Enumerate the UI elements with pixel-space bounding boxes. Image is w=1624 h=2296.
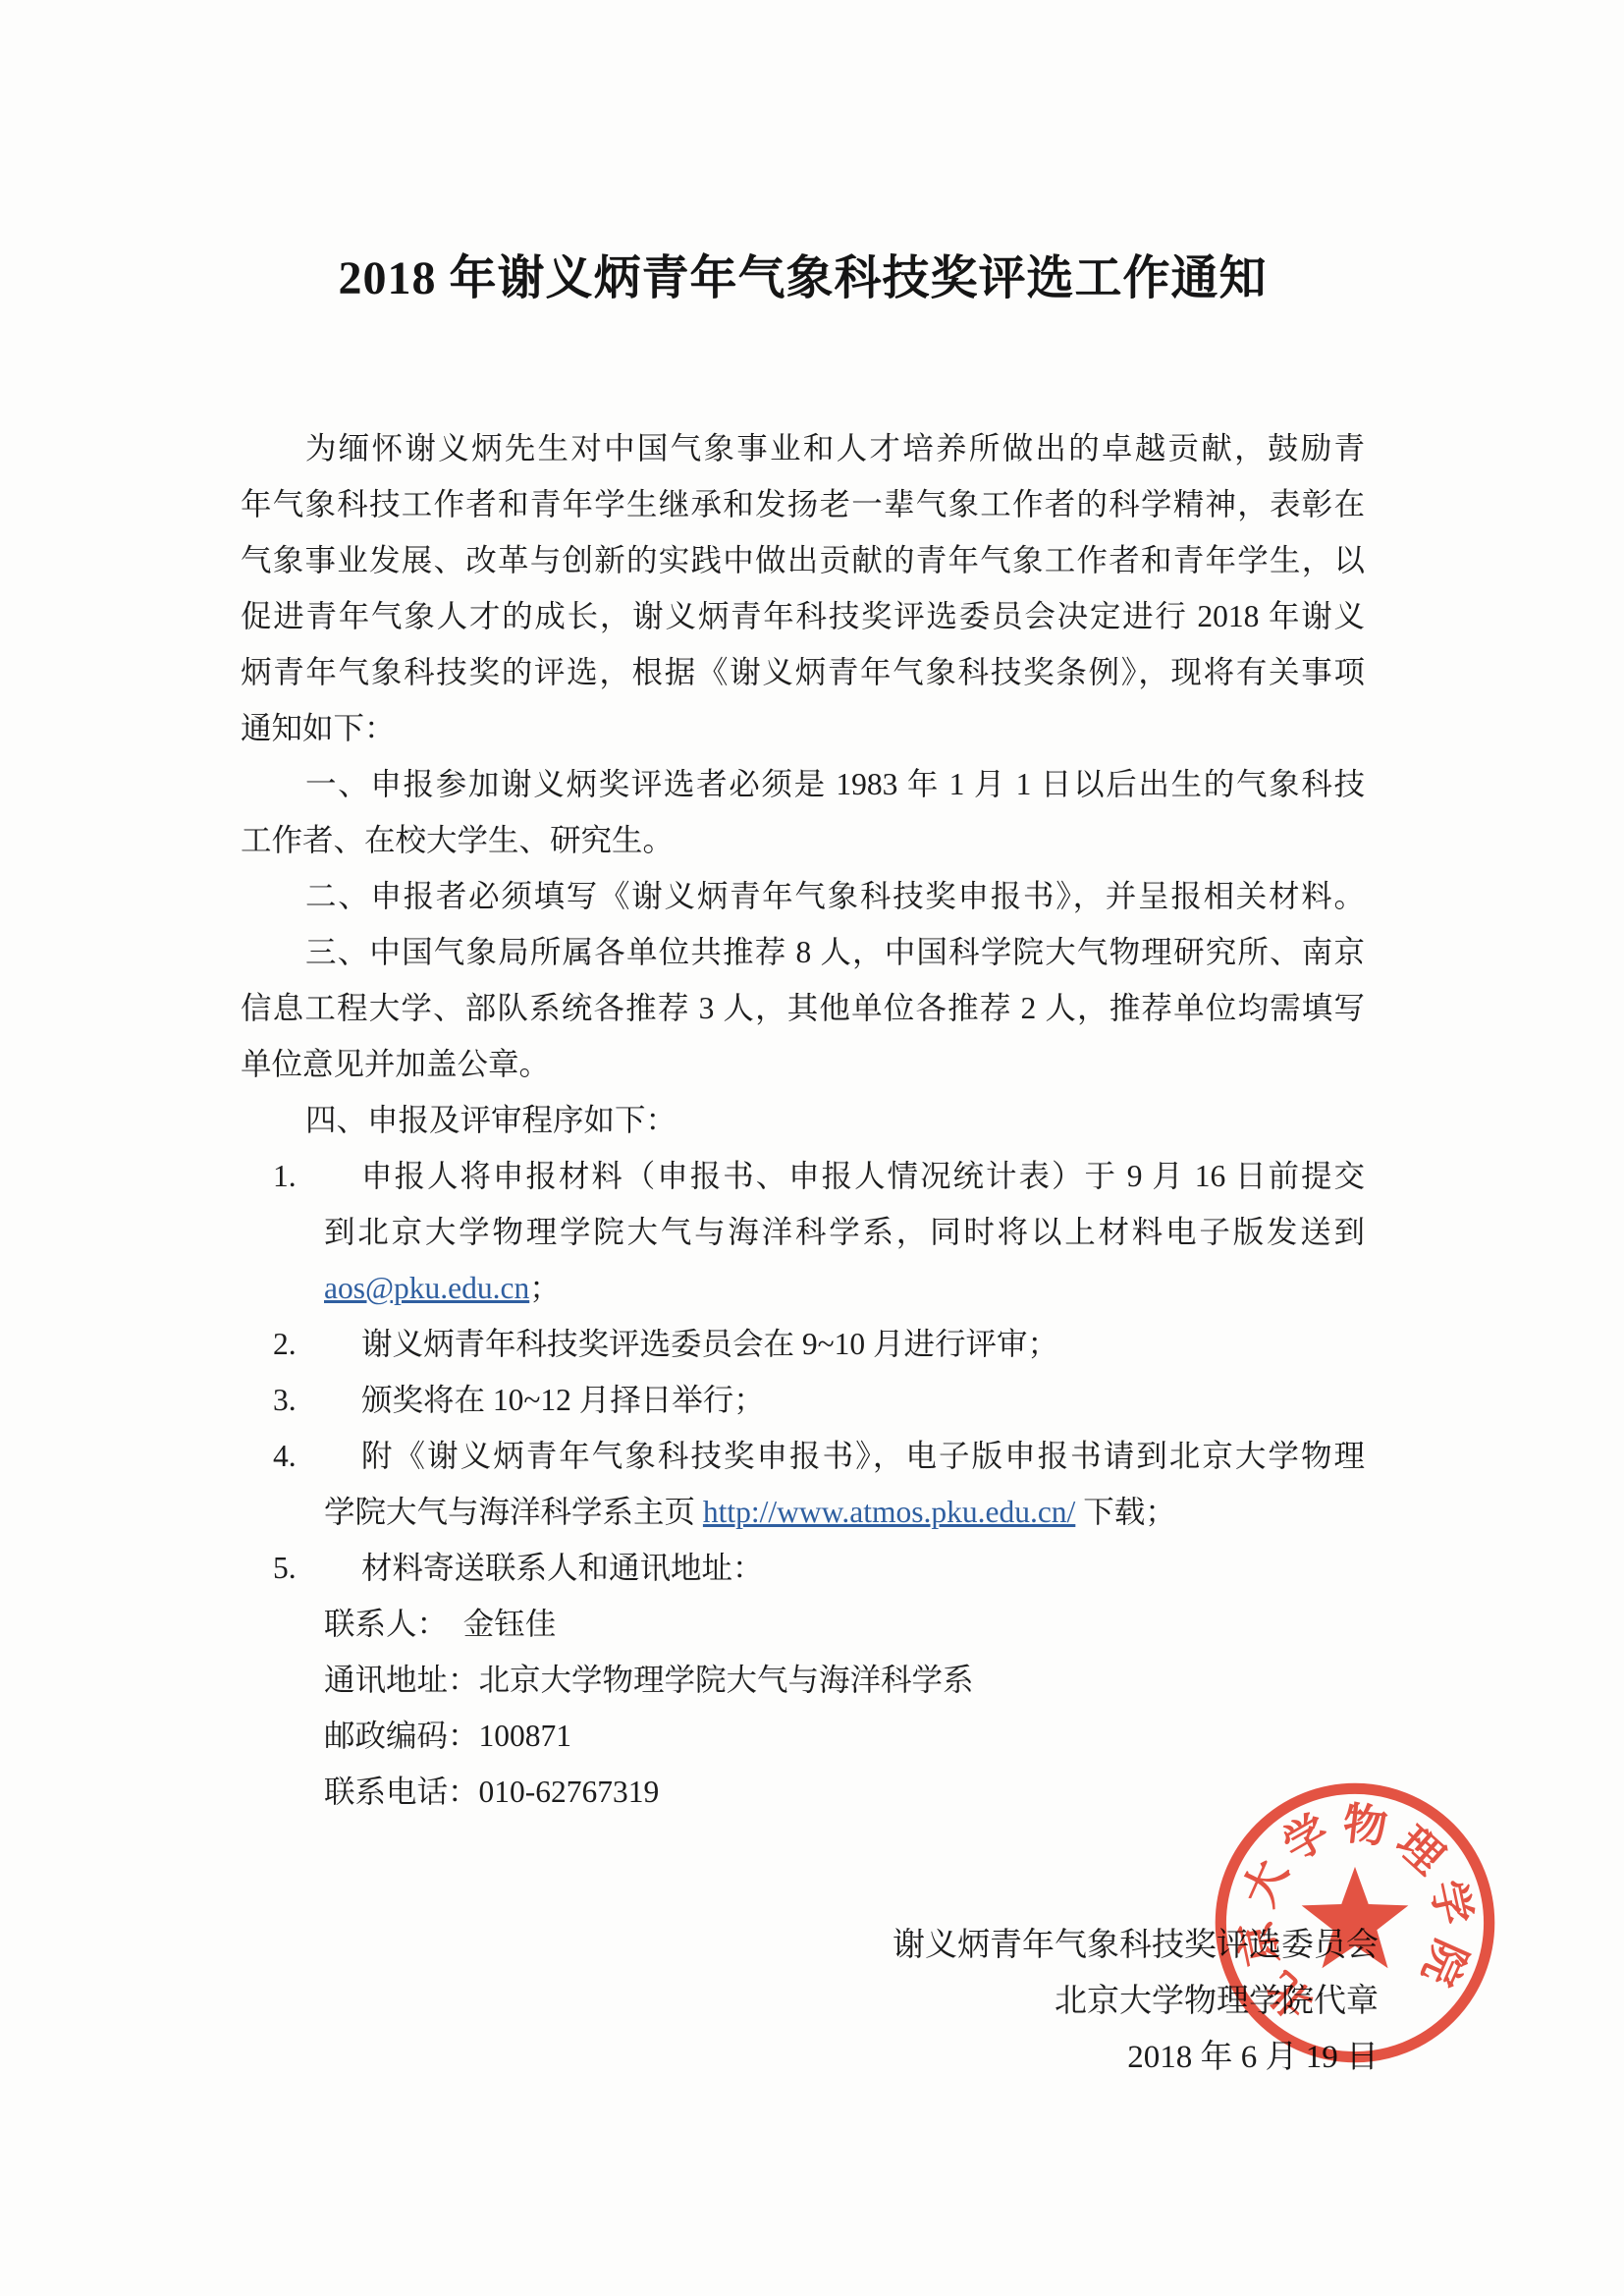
contact-person: 联系人： 金钰佳 (324, 1596, 1365, 1652)
procedure-item-1: 1. 申报人将申报材料（申报书、申报人情况统计表）于 9 月 16 日前提交 到… (241, 1148, 1365, 1316)
clause-1-line: 一、申报参加谢义炳奖评选者必须是 1983 年 1 月 1 日以后出生的气象科技 (241, 756, 1365, 812)
scanned-notice-document: 2018 年谢义炳青年气象科技奖评选工作通知 为缅怀谢义炳先生对中国气象事业和人… (0, 0, 1624, 2296)
item-number: 5. (273, 1540, 297, 1596)
contact-postcode: 邮政编码：100871 (324, 1708, 1365, 1764)
link-lead-text: 学院大气与海洋科学系主页 (324, 1495, 703, 1529)
item-5-line: 材料寄送联系人和通讯地址： (324, 1540, 1365, 1596)
clause-1-line: 工作者、在校大学生、研究生。 (241, 812, 1365, 868)
clause-4-line: 四、申报及评审程序如下： (241, 1092, 1365, 1148)
contact-address: 通讯地址：北京大学物理学院大气与海洋科学系 (324, 1652, 1365, 1708)
intro-line: 通知如下： (241, 700, 1365, 756)
intro-line: 气象事业发展、改革与创新的实践中做出贡献的青年气象工作者和青年学生，以 (241, 532, 1365, 588)
item-1-line: 到北京大学物理学院大气与海洋科学系，同时将以上材料电子版发送到 (324, 1204, 1365, 1260)
procedure-item-5: 5. 材料寄送联系人和通讯地址： (241, 1540, 1365, 1596)
clause-3-line: 三、中国气象局所属各单位共推荐 8 人，中国科学院大气物理研究所、南京 (241, 924, 1365, 980)
seal-char: 学 (1422, 1876, 1480, 1930)
item-number: 1. (273, 1148, 297, 1204)
seal-char: 京 (1230, 1917, 1288, 1970)
document-body: 为缅怀谢义炳先生对中国气象事业和人才培养所做出的卓越贡献，鼓励青 年气象科技工作… (241, 420, 1365, 2086)
procedure-item-3: 3. 颁奖将在 10~12 月择日举行； (241, 1372, 1365, 1428)
procedure-item-2: 2. 谢义炳青年科技奖评选委员会在 9~10 月进行评审； (241, 1316, 1365, 1372)
item-4-line: 附《谢义炳青年气象科技奖申报书》，电子版申报书请到北京大学物理 (324, 1428, 1365, 1484)
intro-line: 炳青年气象科技奖的评选，根据《谢义炳青年气象科技奖条例》，现将有关事项 (241, 644, 1365, 700)
page-title: 2018 年谢义炳青年气象科技奖评选工作通知 (241, 240, 1365, 318)
seal-char: 大 (1233, 1852, 1297, 1913)
item-number: 3. (273, 1372, 297, 1428)
homepage-url-link[interactable]: http://www.atmos.pku.edu.cn/ (703, 1495, 1075, 1529)
clause-3-line: 信息工程大学、部队系统各推荐 3 人，其他单位各推荐 2 人，推荐单位均需填写 (241, 980, 1365, 1036)
procedure-item-4: 4. 附《谢义炳青年气象科技奖申报书》，电子版申报书请到北京大学物理 学院大气与… (241, 1428, 1365, 1540)
item-number: 4. (273, 1428, 297, 1484)
seal-char: 物 (1340, 1798, 1389, 1852)
item-1-line: 申报人将申报材料（申报书、申报人情况统计表）于 9 月 16 日前提交 (324, 1148, 1365, 1204)
intro-line: 为缅怀谢义炳先生对中国气象事业和人才培养所做出的卓越贡献，鼓励青 (241, 420, 1365, 476)
clause-3-line: 单位意见并加盖公章。 (241, 1036, 1365, 1092)
seal-star (1302, 1867, 1409, 1968)
item-2-line: 谢义炳青年科技奖评选委员会在 9~10 月进行评审； (324, 1316, 1365, 1372)
pku-physics-seal: 北 京 大 学 物 理 学 院 (1205, 1773, 1505, 2073)
email-link[interactable]: aos@pku.edu.cn (324, 1271, 529, 1305)
item-number: 2. (273, 1316, 297, 1372)
link-trail-text: 下载； (1075, 1495, 1175, 1529)
clause-2-line: 二、申报者必须填写《谢义炳青年气象科技奖申报书》，并呈报相关材料。 (241, 868, 1365, 924)
punctuation: ； (529, 1271, 561, 1305)
intro-line: 促进青年气象人才的成长，谢义炳青年科技奖评选委员会决定进行 2018 年谢义 (241, 588, 1365, 644)
item-3-line: 颁奖将在 10~12 月择日举行； (324, 1372, 1365, 1428)
item-4-line: 学院大气与海洋科学系主页 http://www.atmos.pku.edu.cn… (324, 1484, 1365, 1540)
seal-char: 院 (1413, 1933, 1477, 1994)
intro-line: 年气象科技工作者和青年学生继承和发扬老一辈气象工作者的科学精神，表彰在 (241, 476, 1365, 532)
item-1-line: aos@pku.edu.cn； (324, 1260, 1365, 1316)
